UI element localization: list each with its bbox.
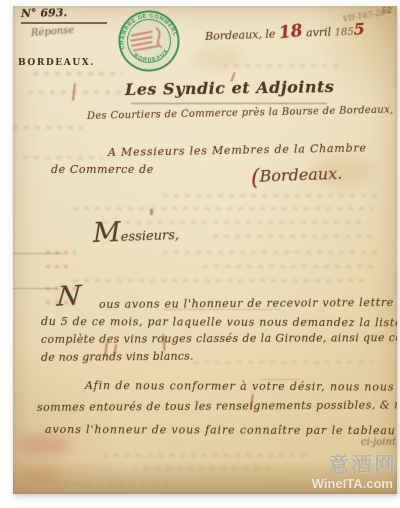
bleed-row-9 — [213, 235, 373, 238]
dateline-month: avril — [306, 26, 332, 40]
bleed-row-14 — [103, 454, 313, 457]
watermark-chinese: 意酒网 — [312, 455, 397, 476]
dateline-day: 18 — [278, 21, 304, 44]
paper-stain-1 — [313, 156, 373, 186]
bleed-row-4 — [13, 126, 83, 129]
watermark-url: WineITA.com — [312, 477, 393, 490]
bleed-row-13 — [193, 361, 373, 364]
dateline-year-prefix: 185 — [334, 27, 353, 39]
letter-photo: N° 693. Réponse BORDEAUX. CHAMBRE DE COM… — [0, 0, 400, 508]
dateline-year-suffix: 5 — [353, 19, 365, 38]
folio-underline — [21, 22, 107, 24]
heading-underline — [131, 103, 327, 104]
body-initial: N — [56, 281, 82, 313]
bleed-row-12 — [73, 279, 368, 282]
red-stain-bottom-left-2 — [21, 468, 61, 482]
red-stain-bottom-left-1 — [18, 436, 70, 454]
body-p2-line1: Afin de nous conformer à votre désir, no… — [85, 379, 394, 394]
dateline-place: Bordeaux, le — [205, 28, 276, 43]
margin-bleed-red-4 — [46, 301, 76, 304]
address-line-2: de Commerce de — [51, 163, 154, 176]
bleed-row-16 — [53, 482, 173, 485]
bleed-row-7 — [73, 207, 373, 210]
body-p1-line3: complète des vins rouges classés de la G… — [41, 331, 397, 346]
bleed-row-11 — [203, 265, 375, 268]
chamber-of-commerce-stamp: CHAMBRE DE COMMERCE BORDEAUX — [112, 6, 185, 78]
margin-stamp-text: BORDEAUX. — [18, 58, 95, 68]
bleed-row-5 — [23, 156, 103, 159]
bleed-row-3 — [223, 64, 343, 67]
bleed-row-1 — [33, 72, 123, 75]
salutation-rest: essieurs, — [121, 228, 180, 245]
paper-stain-2 — [193, 46, 243, 70]
body-p1-line2: du 5 de ce mois, par laquelle vous nous … — [41, 315, 397, 329]
dateline: Bordeaux, le 18 avril 1855 — [205, 19, 365, 45]
address-line-1: A Messieurs les Membres de la Chambre — [108, 141, 367, 159]
red-accent-1 — [163, 309, 281, 310]
bleed-row-6 — [163, 194, 378, 197]
bleed-row-8 — [103, 221, 368, 224]
body-p2-line3: avons l'honneur de vous faire connaître … — [45, 423, 396, 437]
manuscript-page: N° 693. Réponse BORDEAUX. CHAMBRE DE COM… — [13, 6, 397, 494]
body-p2-line4: ci-joint — [361, 437, 396, 448]
bleed-row-15 — [133, 467, 273, 470]
folio-number: N° 693. — [21, 6, 67, 20]
bleed-row-2 — [28, 91, 128, 94]
watermark: 意酒网 WineITA.com — [312, 455, 397, 490]
letter-subheading: Des Courtiers de Commerce près la Bourse… — [87, 105, 394, 122]
fold-line-1 — [13, 253, 63, 254]
body-p2-line2: sommes entourés de tous les renseignemen… — [37, 398, 397, 414]
body-p1-line4: de nos grands vins blancs. — [41, 350, 194, 364]
fold-line-2 — [13, 288, 57, 289]
bleed-row-10 — [163, 251, 378, 254]
margin-bleed-red-2 — [46, 265, 73, 268]
margin-note: Réponse — [31, 25, 75, 39]
